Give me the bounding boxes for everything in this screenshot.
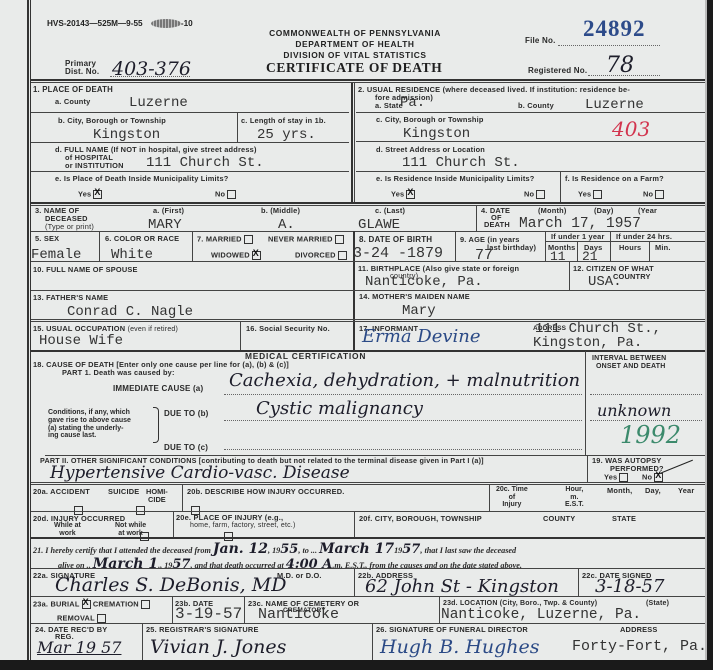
residence-street: 111 Church St. <box>402 156 520 170</box>
division-heading: DIVISION OF VITAL STATISTICS <box>260 50 450 60</box>
mother-maiden-name: Mary <box>402 304 436 318</box>
death-city: Kingston <box>93 128 160 142</box>
registered-no-label: Registered No. <box>528 67 587 75</box>
registered-no-value: 78 <box>606 53 634 78</box>
death-institution: 111 Church St. <box>146 156 264 170</box>
residence-county: Luzerne <box>585 98 644 112</box>
dob-label: 8. DATE OF BIRTH <box>359 236 432 244</box>
pen-stroke <box>661 460 693 474</box>
homicide-label: HOMI- CIDE <box>146 488 168 504</box>
attended-from-date: Jan. 12 <box>213 541 268 557</box>
burial-option[interactable]: 23a. BURIAL CREMATION <box>33 600 150 609</box>
form-code: HVS-20143—525M—9-55 -10 <box>47 19 193 28</box>
burial-date: 3-19-57 <box>175 607 242 621</box>
birthplace: Nanticoke, Pa. <box>365 275 483 289</box>
sex: Female <box>31 248 81 262</box>
funeral-director-signature: Hugh B. Hughes <box>380 636 540 658</box>
checkbox[interactable] <box>338 251 347 260</box>
date-signed: 3-18-57 <box>595 576 664 597</box>
checkbox-checked[interactable] <box>406 190 415 199</box>
father-label: 13. FATHER'S NAME <box>33 294 108 302</box>
inside-limits-yes[interactable]: Yes <box>78 190 102 199</box>
physician-address: 62 John St - Kingston <box>365 576 559 597</box>
last-name: GLAWE <box>358 218 400 232</box>
from-year: 55 <box>280 542 298 557</box>
death-certificate: HVS-20143—525M—9-55 -10 COMMONWEALTH OF … <box>0 0 707 660</box>
farm-yes[interactable]: Yes <box>578 190 602 199</box>
time-of-death: 4:00 A <box>286 557 333 572</box>
autopsy-no[interactable]: No <box>642 473 663 482</box>
other-conditions: Hypertensive Cardio-vasc. Disease <box>50 463 350 483</box>
date-of-birth: 3-24 -1879 <box>353 247 443 261</box>
physician-signature: Charles S. DeBonis, MD <box>55 574 286 596</box>
checkbox[interactable] <box>655 190 664 199</box>
injury-city-label: 20f. CITY, BOROUGH, TOWNSHIP <box>359 515 482 523</box>
checkbox-checked[interactable] <box>252 251 261 260</box>
checkbox[interactable] <box>97 614 106 623</box>
residence-state: Pa. <box>400 96 425 110</box>
attended-to-date: March 17 <box>319 541 394 557</box>
to-year: 57 <box>402 542 420 557</box>
farm-no[interactable]: No <box>643 190 664 199</box>
farm-label: f. Is Residence on a Farm? <box>565 175 664 183</box>
street-label: d. Street Address or Location <box>376 146 485 154</box>
autopsy-yes[interactable]: Yes <box>604 473 628 482</box>
citizenship: USA. <box>588 275 622 289</box>
accident-label: 20a. ACCIDENT <box>33 488 90 496</box>
birthplace-label: 11. BIRTHPLACE (Also give state or forei… <box>358 265 519 273</box>
residence-city: Kingston <box>403 127 470 141</box>
occupation: House Wife <box>39 334 123 348</box>
file-no-label: File No. <box>525 37 556 45</box>
res-inside-yes[interactable]: Yes <box>391 190 415 199</box>
checkbox[interactable] <box>141 600 150 609</box>
time-of-injury-label: 20c. Time of Injury <box>496 486 528 509</box>
red-annotation: 403 <box>612 117 650 141</box>
due-to-c-label: DUE TO (c) <box>164 444 208 452</box>
checkbox-checked[interactable] <box>93 190 102 199</box>
primary-dist-value: 403-376 <box>112 58 191 80</box>
file-no-value: 24892 <box>583 16 646 42</box>
divorced-option[interactable]: DIVORCED <box>295 251 347 260</box>
commonwealth-heading: COMMONWEALTH OF PENNSYLVANIA <box>260 28 450 38</box>
stay-label: c. Length of stay in 1b. <box>241 117 326 125</box>
left-border <box>27 0 29 660</box>
sex-label: 5. SEX <box>35 235 59 243</box>
date-of-death: March 17, 1957 <box>519 217 641 231</box>
alive-year: 57 <box>172 557 190 572</box>
certify-line-2: alive on .. March 1., 1957, and that dea… <box>58 556 522 572</box>
informant-address-2: Kingston, Pa. <box>533 336 642 350</box>
state-label: a. State <box>375 102 403 110</box>
city-label: b. City, Borough or Township <box>58 117 166 125</box>
father-name: Conrad C. Nagle <box>67 305 193 319</box>
checkbox[interactable] <box>335 235 344 244</box>
married-option[interactable]: 7. MARRIED <box>197 235 253 244</box>
seal-icon <box>151 19 181 28</box>
left-border-inner <box>30 0 31 660</box>
primary-dist-label: Primary Dist. No. <box>65 60 99 76</box>
registrar-signature-label: 25. REGISTRAR'S SIGNATURE <box>146 626 259 634</box>
first-name: MARY <box>148 218 182 232</box>
checkbox-checked[interactable] <box>654 473 663 482</box>
length-of-stay: 25 yrs. <box>257 128 316 142</box>
checkbox[interactable] <box>619 473 628 482</box>
widowed-option[interactable]: WIDOWED <box>211 251 261 260</box>
res-inside-no[interactable]: No <box>524 190 545 199</box>
page-title: CERTIFICATE OF DEATH <box>266 60 442 76</box>
due-to-b-interval: unknown <box>597 401 671 420</box>
spouse-label: 10. FULL NAME OF SPOUSE <box>33 266 138 274</box>
funeral-director-label: 26. SIGNATURE OF FUNERAL DIRECTOR <box>376 626 528 634</box>
last-name-label: c. (Last) <box>375 207 405 215</box>
checkbox[interactable] <box>244 235 253 244</box>
last-seen-alive-date: March 1 <box>93 556 158 572</box>
never-married-option[interactable]: NEVER MARRIED <box>268 235 344 244</box>
funeral-director-address: Forty-Fort, Pa. <box>572 640 707 654</box>
registrar-signature: Vivian J. Jones <box>150 636 286 658</box>
race-label: 6. COLOR OR RACE <box>105 235 179 243</box>
due-to-b-label: DUE TO (b) <box>164 410 209 418</box>
county-label: a. County <box>55 98 90 106</box>
certify-line-1: 21. I hereby certify that I attended the… <box>33 541 516 557</box>
middle-name: A. <box>278 218 295 232</box>
medical-certification-heading: MEDICAL CERTIFICATION <box>245 352 366 360</box>
checkbox[interactable] <box>536 190 545 199</box>
race: White <box>111 248 153 262</box>
res-inside-limits-label: e. Is Residence Inside Municipality Limi… <box>376 175 535 183</box>
checkbox[interactable] <box>227 190 236 199</box>
death-county: Luzerne <box>129 96 188 110</box>
green-annotation: 1992 <box>620 421 681 449</box>
removal-option[interactable]: REMOVAL <box>57 614 106 623</box>
conditions-label: Conditions, if any, which gave rise to a… <box>48 409 131 440</box>
mother-label: 14. MOTHER'S MAIDEN NAME <box>359 293 470 301</box>
due-to-b-cause: Cystic malignancy <box>256 398 423 419</box>
informant-address-1: 111 Church St., <box>535 322 661 336</box>
ssn-label: 16. Social Security No. <box>246 325 330 333</box>
inside-limits-label: e. Is Place of Death Inside Municipality… <box>55 175 228 183</box>
immediate-cause: Cachexia, dehydration, + malnutrition <box>229 370 580 391</box>
res-city-label: c. City, Borough or Township <box>376 116 484 124</box>
bracket <box>153 407 159 443</box>
checkbox-checked[interactable] <box>82 600 91 609</box>
inside-limits-no[interactable]: No <box>215 190 236 199</box>
res-county-label: b. County <box>518 102 554 110</box>
checkbox[interactable] <box>593 190 602 199</box>
department-heading: DEPARTMENT OF HEALTH <box>260 39 450 49</box>
middle-name-label: b. (Middle) <box>261 207 300 215</box>
place-of-injury-label: 20e. PLACE OF INJURY (e.g., <box>176 514 283 522</box>
date-received: Mar 19 57 <box>37 638 121 657</box>
suicide-label: SUICIDE <box>108 488 139 496</box>
place-of-death-label: 1. PLACE OF DEATH <box>33 86 113 94</box>
informant-signature: Erma Devine <box>362 326 481 347</box>
cemetery-name: Nanticoke <box>258 608 339 622</box>
burial-location: Nanticoke, Luzerne, Pa. <box>441 608 641 622</box>
immediate-cause-label: IMMEDIATE CAUSE (a) <box>113 385 203 393</box>
describe-injury-label: 20b. DESCRIBE HOW INJURY OCCURRED. <box>187 488 345 496</box>
first-name-label: a. (First) <box>153 207 184 215</box>
